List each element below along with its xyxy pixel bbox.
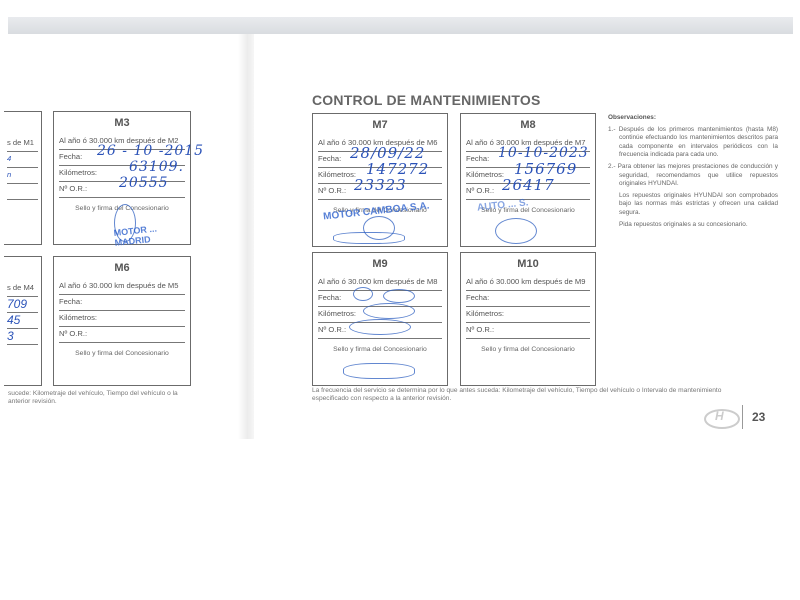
box-id: M3 (54, 117, 190, 129)
interval-text: Al año ó 30.000 km después de M5 (59, 279, 185, 295)
interval-fragment: s de M1 (7, 136, 38, 152)
maintenance-box-m1-partial: s de M1 4 n (4, 111, 42, 245)
box-id: M9 (313, 258, 447, 270)
left-footnote: sucede: Kilometraje del vehículo, Tiempo… (8, 390, 193, 406)
handwriting-or-scribble (349, 319, 411, 335)
km-value: 156769 (514, 162, 577, 176)
hyundai-logo-icon: H (704, 409, 740, 429)
km-value: 63109. (129, 160, 184, 174)
or-value: 20555 (119, 176, 169, 190)
box-id: M6 (54, 262, 190, 274)
km-fragment: 45 (7, 313, 38, 329)
or-field: Nº O.R.: (466, 323, 590, 339)
km-field: Kilómetros: (466, 307, 590, 323)
fecha-value: 26 - 10 -2015 (97, 144, 204, 158)
signature-scribble (333, 232, 405, 244)
fecha-field: Fecha: (466, 291, 590, 307)
observations-title: Observaciones: (608, 114, 778, 123)
maintenance-box-m8: M8 Al año ó 30.000 km después de M7 Fech… (460, 113, 596, 247)
or-fragment: 3 (7, 329, 38, 345)
observations-panel: Observaciones: 1.- Después de los primer… (608, 114, 778, 232)
seal-label: Sello y firma del Concesionario (461, 345, 595, 354)
handwriting-fecha-scribble (353, 287, 373, 301)
seal-label: Sello y firma del Concesionario (54, 349, 190, 358)
box-id: M8 (461, 119, 595, 131)
interval-text: Al año ó 30.000 km después de M8 (318, 275, 442, 291)
signature-scribble (114, 204, 136, 242)
fecha-value: 10-10-2023 (498, 146, 589, 160)
fecha-field: Fecha: (59, 295, 185, 311)
observation-item: 1.- Después de los primeros mantenimient… (608, 126, 778, 160)
fecha-fragment: 4 (7, 152, 38, 168)
interval-fragment: s de M4 (7, 281, 38, 297)
maintenance-box-m9: M9 Al año ó 30.000 km después de M8 Fech… (312, 252, 448, 386)
box-id: M7 (313, 119, 447, 131)
fecha-value: 28/09/22 (350, 146, 425, 160)
book-gutter (238, 34, 254, 439)
km-field: Kilómetros: (59, 311, 185, 327)
book-top-edge (8, 17, 793, 35)
fecha-fragment: 709 (7, 297, 38, 313)
or-field: Nº O.R.:23323 (318, 184, 442, 200)
box-id: M10 (461, 258, 595, 270)
signature-scribble (343, 363, 415, 379)
maintenance-box-m4-partial: s de M4 709 45 3 (4, 256, 42, 386)
or-field: Nº O.R.:20555 (59, 182, 185, 198)
km-fragment: n (7, 168, 38, 184)
observation-paragraph: Los repuestos originales HYUNDAI son com… (608, 192, 778, 218)
or-field: Nº O.R.: (59, 327, 185, 343)
observation-paragraph: Pida repuestos originales a su concesion… (608, 221, 778, 230)
maintenance-box-m6: M6 Al año ó 30.000 km después de M5 Fech… (53, 256, 191, 386)
or-value: 26417 (502, 178, 555, 192)
maintenance-box-m3: M3 Al año ó 30.000 km después de M2 Fech… (53, 111, 191, 245)
handwriting-fecha-scribble (383, 289, 415, 303)
or-fragment (7, 184, 38, 200)
seal-label: Sello y firma del Concesionario (313, 345, 447, 354)
page-number-divider (742, 405, 743, 429)
or-value: 23323 (354, 178, 407, 192)
handwriting-km-scribble (363, 303, 415, 319)
interval-text: Al año ó 30.000 km después de M9 (466, 275, 590, 291)
km-value: 147272 (366, 162, 429, 176)
observation-item: 2.- Para obtener las mejores prestacione… (608, 163, 778, 189)
page-number: 23 (752, 410, 765, 424)
signature-scribble (495, 218, 537, 244)
page-title: CONTROL DE MANTENIMIENTOS (312, 92, 541, 108)
right-footnote: La frecuencia del servicio se determina … (312, 387, 742, 403)
maintenance-box-m7: M7 Al año ó 30.000 km después de M6 Fech… (312, 113, 448, 247)
maintenance-box-m10: M10 Al año ó 30.000 km después de M9 Fec… (460, 252, 596, 386)
